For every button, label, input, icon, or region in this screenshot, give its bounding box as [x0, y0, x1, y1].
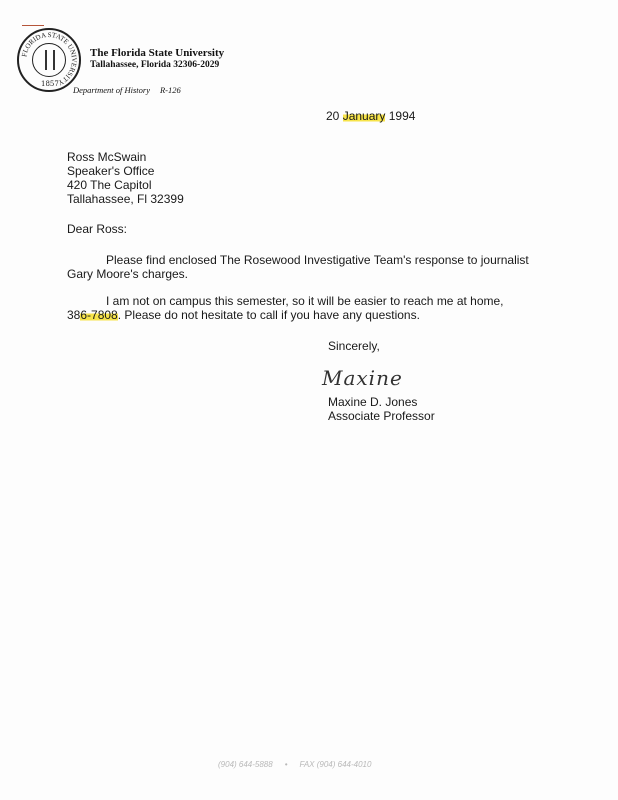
- footer-phone: (904) 644-5888: [218, 760, 273, 769]
- date-day: 20: [326, 109, 339, 123]
- date-year: 1994: [389, 109, 416, 123]
- salutation: Dear Ross:: [67, 222, 127, 236]
- footer-fax: FAX (904) 644-4010: [300, 760, 372, 769]
- paragraph-2-line-1: I am not on campus this semester, so it …: [67, 294, 504, 308]
- paragraph-1-line-2: Gary Moore's charges.: [67, 267, 529, 281]
- department-name: Department of History: [73, 85, 150, 95]
- paragraph-1-line-1: Please find enclosed The Rosewood Invest…: [67, 253, 529, 267]
- date-month-highlighted: January: [343, 109, 386, 123]
- body-paragraph-1: Please find enclosed The Rosewood Invest…: [67, 253, 529, 281]
- torch-icon: [45, 50, 55, 70]
- signer-block: Maxine D. Jones Associate Professor: [328, 395, 435, 423]
- handwritten-signature: Maxine: [322, 366, 403, 390]
- seal-year: 1857: [41, 80, 59, 88]
- phone-highlighted: 6-7808: [80, 308, 117, 322]
- phone-prefix: 38: [67, 308, 80, 322]
- signer-name: Maxine D. Jones: [328, 395, 435, 409]
- scan-mark: [22, 25, 44, 26]
- department-line: Department of HistoryR-126: [73, 85, 181, 95]
- university-seal-icon: FLORIDA STATE UNIVERSITY 1857: [17, 28, 81, 92]
- closing: Sincerely,: [328, 339, 380, 353]
- body-paragraph-2: I am not on campus this semester, so it …: [67, 294, 504, 322]
- recipient-city: Tallahassee, Fl 32399: [67, 192, 184, 206]
- university-name: The Florida State University: [90, 47, 224, 59]
- recipient-address: Ross McSwain Speaker's Office 420 The Ca…: [67, 150, 184, 206]
- signer-title: Associate Professor: [328, 409, 435, 423]
- letter-date: 20 January 1994: [326, 109, 415, 123]
- paragraph-2-rest: . Please do not hesitate to call if you …: [118, 308, 420, 322]
- university-address: Tallahassee, Florida 32306-2029: [90, 60, 219, 70]
- paragraph-2-line-2: 386-7808. Please do not hesitate to call…: [67, 308, 504, 322]
- recipient-office: Speaker's Office: [67, 164, 184, 178]
- letterhead-footer: (904) 644-5888•FAX (904) 644-4010: [218, 760, 371, 769]
- recipient-street: 420 The Capitol: [67, 178, 184, 192]
- recipient-name: Ross McSwain: [67, 150, 184, 164]
- room-number: R-126: [160, 85, 181, 95]
- footer-separator: •: [285, 760, 288, 769]
